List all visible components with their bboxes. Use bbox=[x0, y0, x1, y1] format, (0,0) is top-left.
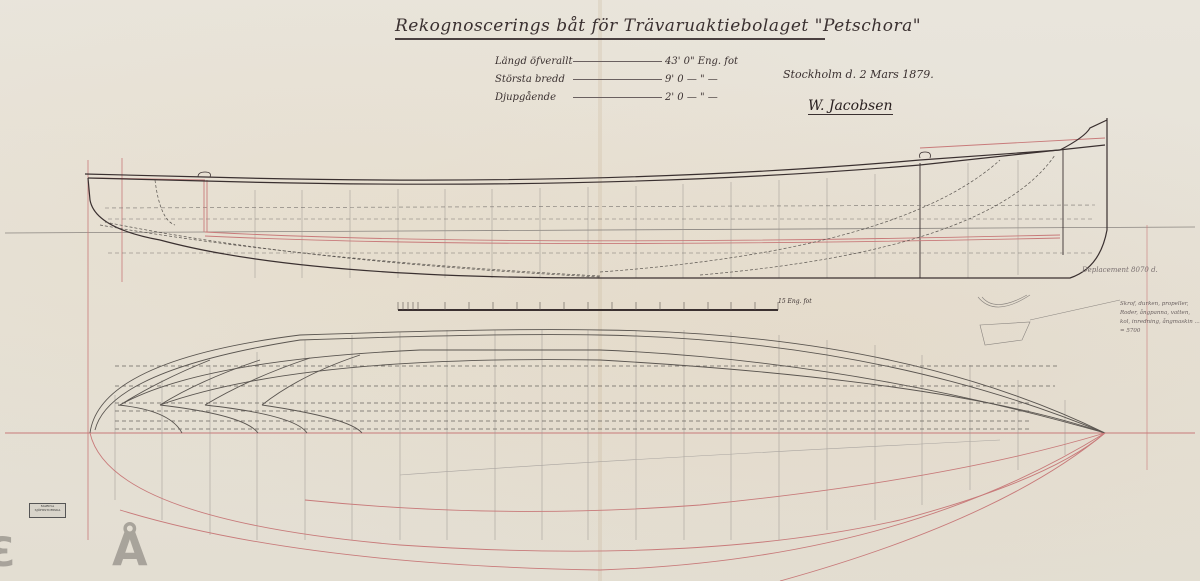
scale-bar bbox=[398, 302, 778, 310]
place-date: Stockholm d. 2 Mars 1879. bbox=[783, 68, 934, 81]
detail-sketches bbox=[978, 295, 1120, 345]
catalog-number: 359 bbox=[0, 530, 15, 576]
catalog-letter: Å bbox=[112, 522, 148, 576]
leader-line bbox=[573, 79, 662, 80]
spec-value: 2' 0 — " — bbox=[665, 92, 735, 103]
specifications-table: Längd öfverallt 43' 0" Eng. fot Största … bbox=[495, 52, 735, 106]
leader-line bbox=[573, 61, 662, 62]
spec-row-beam: Största bredd 9' 0 — " — bbox=[495, 70, 735, 88]
spec-label: Djupgående bbox=[495, 92, 570, 103]
archive-stamp: MARINA SJÖHISTORISKA bbox=[29, 503, 66, 518]
spec-label: Längd öfverallt bbox=[495, 56, 570, 67]
spec-value: 43' 0" Eng. fot bbox=[665, 56, 735, 67]
signature: W. Jacobsen bbox=[808, 98, 893, 115]
spec-row-length: Längd öfverallt 43' 0" Eng. fot bbox=[495, 52, 735, 70]
side-note: Skrof, durken, propeller, Roder, ångpann… bbox=[1120, 300, 1200, 336]
leader-line bbox=[573, 97, 662, 98]
scale-label: 15 Eng. fot bbox=[778, 298, 812, 305]
spec-row-draft: Djupgående 2' 0 — " — bbox=[495, 88, 735, 106]
profile-view bbox=[85, 118, 1107, 278]
displacement-note: Deplacement 8070 d. bbox=[1082, 266, 1158, 274]
plan-view bbox=[90, 330, 1105, 581]
spec-value: 9' 0 — " — bbox=[665, 74, 735, 85]
drawing-title: Rekognoscerings båt för Trävaruaktiebola… bbox=[395, 16, 825, 40]
spec-label: Största bredd bbox=[495, 74, 570, 85]
